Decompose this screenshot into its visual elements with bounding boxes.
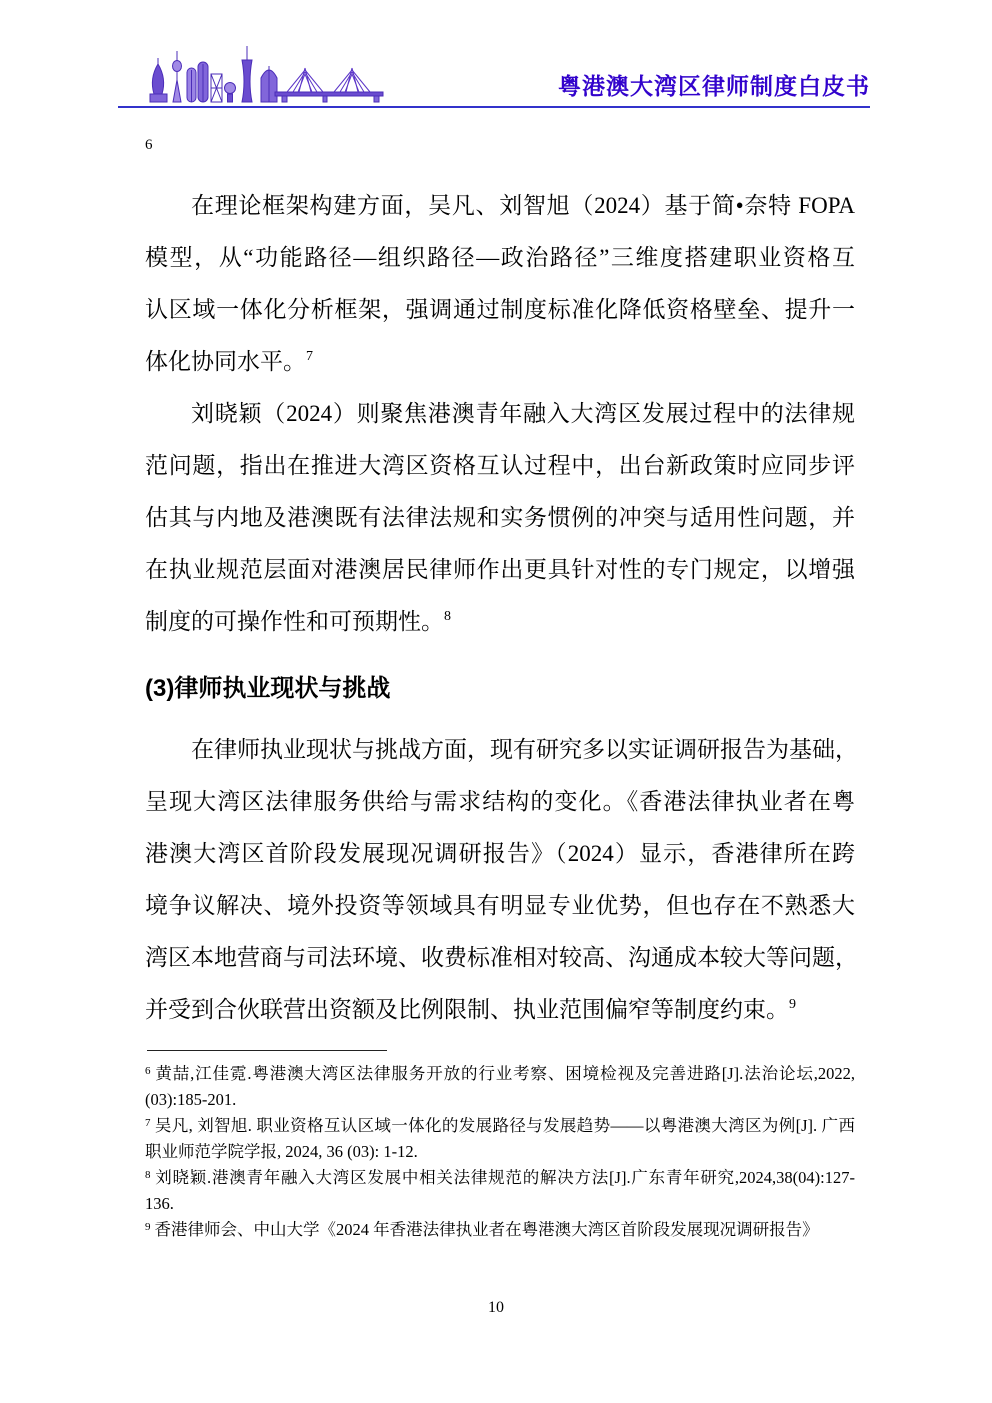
footnote-marker: 8	[145, 1169, 151, 1181]
footnote-ref-6: 6	[145, 134, 855, 156]
paragraph-line: 制度的可操作性和可预期性。8	[145, 596, 855, 648]
footnote-ref-8: 8	[444, 609, 451, 624]
footnote-text: 香港律师会、中山大学《2024 年香港法律执业者在粤港澳大湾区首阶段发展现况调研…	[155, 1220, 819, 1239]
header-title: 粤港澳大湾区律师制度白皮书	[558, 68, 870, 101]
paragraph-line: 在执业规范层面对港澳居民律师作出更具针对性的专门规定，以增强	[145, 544, 855, 596]
footnote-marker: 7	[145, 1117, 151, 1129]
paragraph-practice-status: 在律师执业现状与挑战方面，现有研究多以实证调研报告为基础， 呈现大湾区法律服务供…	[145, 724, 855, 1036]
paragraph-line: 呈现大湾区法律服务供给与需求结构的变化。《香港法律执业者在粤	[145, 776, 855, 828]
paragraph-line: 范问题，指出在推进大湾区资格互认过程中，出台新政策时应同步评	[145, 440, 855, 492]
paragraph-line: 估其与内地及港澳既有法律法规和实务惯例的冲突与适用性问题，并	[145, 492, 855, 544]
section-heading: (3)律师执业现状与挑战	[145, 668, 855, 710]
footnote-text: 吴凡, 刘智旭. 职业资格互认区域一体化的发展路径与发展趋势——以粤港澳大湾区为…	[145, 1116, 855, 1161]
page-content: 6 在理论框架构建方面，吴凡、刘智旭（2024）基于简•奈特 FOPA 模型，从…	[145, 134, 855, 1243]
paragraph-line: 模型，从“功能路径—组织路径—政治路径”三维度搭建职业资格互	[145, 232, 855, 284]
paragraph-line: 刘晓颖（2024）则聚焦港澳青年融入大湾区发展过程中的法律规	[145, 388, 855, 440]
line-text: 制度的可操作性和可预期性。	[145, 609, 444, 634]
paragraph-line: 在理论框架构建方面，吴凡、刘智旭（2024）基于简•奈特 FOPA	[145, 180, 855, 232]
line-text: 并受到合伙联营出资额及比例限制、执业范围偏窄等制度约束。	[145, 997, 789, 1022]
footnote: 7吴凡, 刘智旭. 职业资格互认区域一体化的发展路径与发展趋势——以粤港澳大湾区…	[145, 1113, 855, 1165]
footnote: 9香港律师会、中山大学《2024 年香港法律执业者在粤港澳大湾区首阶段发展现况调…	[145, 1217, 855, 1243]
footnote-text: 刘晓颖.港澳青年融入大湾区发展中相关法律规范的解决方法[J].广东青年研究,20…	[145, 1168, 855, 1213]
paragraph-liuxiaoying: 刘晓颖（2024）则聚焦港澳青年融入大湾区发展过程中的法律规 范问题，指出在推进…	[145, 388, 855, 648]
paragraph-line: 境争议解决、境外投资等领域具有明显专业优势，但也存在不熟悉大	[145, 880, 855, 932]
paragraph-line: 体化协同水平。7	[145, 336, 855, 388]
document-page: 粤港澳大湾区律师制度白皮书 6 在理论框架构建方面，吴凡、刘智旭（2024）基于…	[0, 0, 992, 1403]
footnotes-section: 6黄喆,江佳霓.粤港澳大湾区法律服务开放的行业考察、困境检视及完善进路[J].法…	[145, 1061, 855, 1243]
footnote: 6黄喆,江佳霓.粤港澳大湾区法律服务开放的行业考察、困境检视及完善进路[J].法…	[145, 1061, 855, 1113]
page-header: 粤港澳大湾区律师制度白皮书	[118, 0, 870, 108]
footnote-marker: 9	[145, 1221, 151, 1233]
paragraph-line: 在律师执业现状与挑战方面，现有研究多以实证调研报告为基础，	[145, 724, 855, 776]
footnote-ref-9: 9	[789, 997, 796, 1012]
footnote-separator	[147, 1050, 387, 1051]
skyline-bridge-icon	[142, 46, 392, 106]
page-number: 10	[0, 1299, 992, 1317]
line-text: 体化协同水平。	[145, 349, 306, 374]
footnote: 8刘晓颖.港澳青年融入大湾区发展中相关法律规范的解决方法[J].广东青年研究,2…	[145, 1165, 855, 1217]
paragraph-theory-framework: 在理论框架构建方面，吴凡、刘智旭（2024）基于简•奈特 FOPA 模型，从“功…	[145, 180, 855, 388]
paragraph-line: 港澳大湾区首阶段发展现况调研报告》（2024）显示，香港律所在跨	[145, 828, 855, 880]
footnote-ref-7: 7	[306, 349, 313, 364]
paragraph-line: 认区域一体化分析框架，强调通过制度标准化降低资格壁垒、提升一	[145, 284, 855, 336]
footnote-text: 黄喆,江佳霓.粤港澳大湾区法律服务开放的行业考察、困境检视及完善进路[J].法治…	[145, 1064, 855, 1109]
paragraph-line: 湾区本地营商与司法环境、收费标准相对较高、沟通成本较大等问题，	[145, 932, 855, 984]
footnote-marker: 6	[145, 1065, 151, 1077]
paragraph-line: 并受到合伙联营出资额及比例限制、执业范围偏窄等制度约束。9	[145, 984, 855, 1036]
